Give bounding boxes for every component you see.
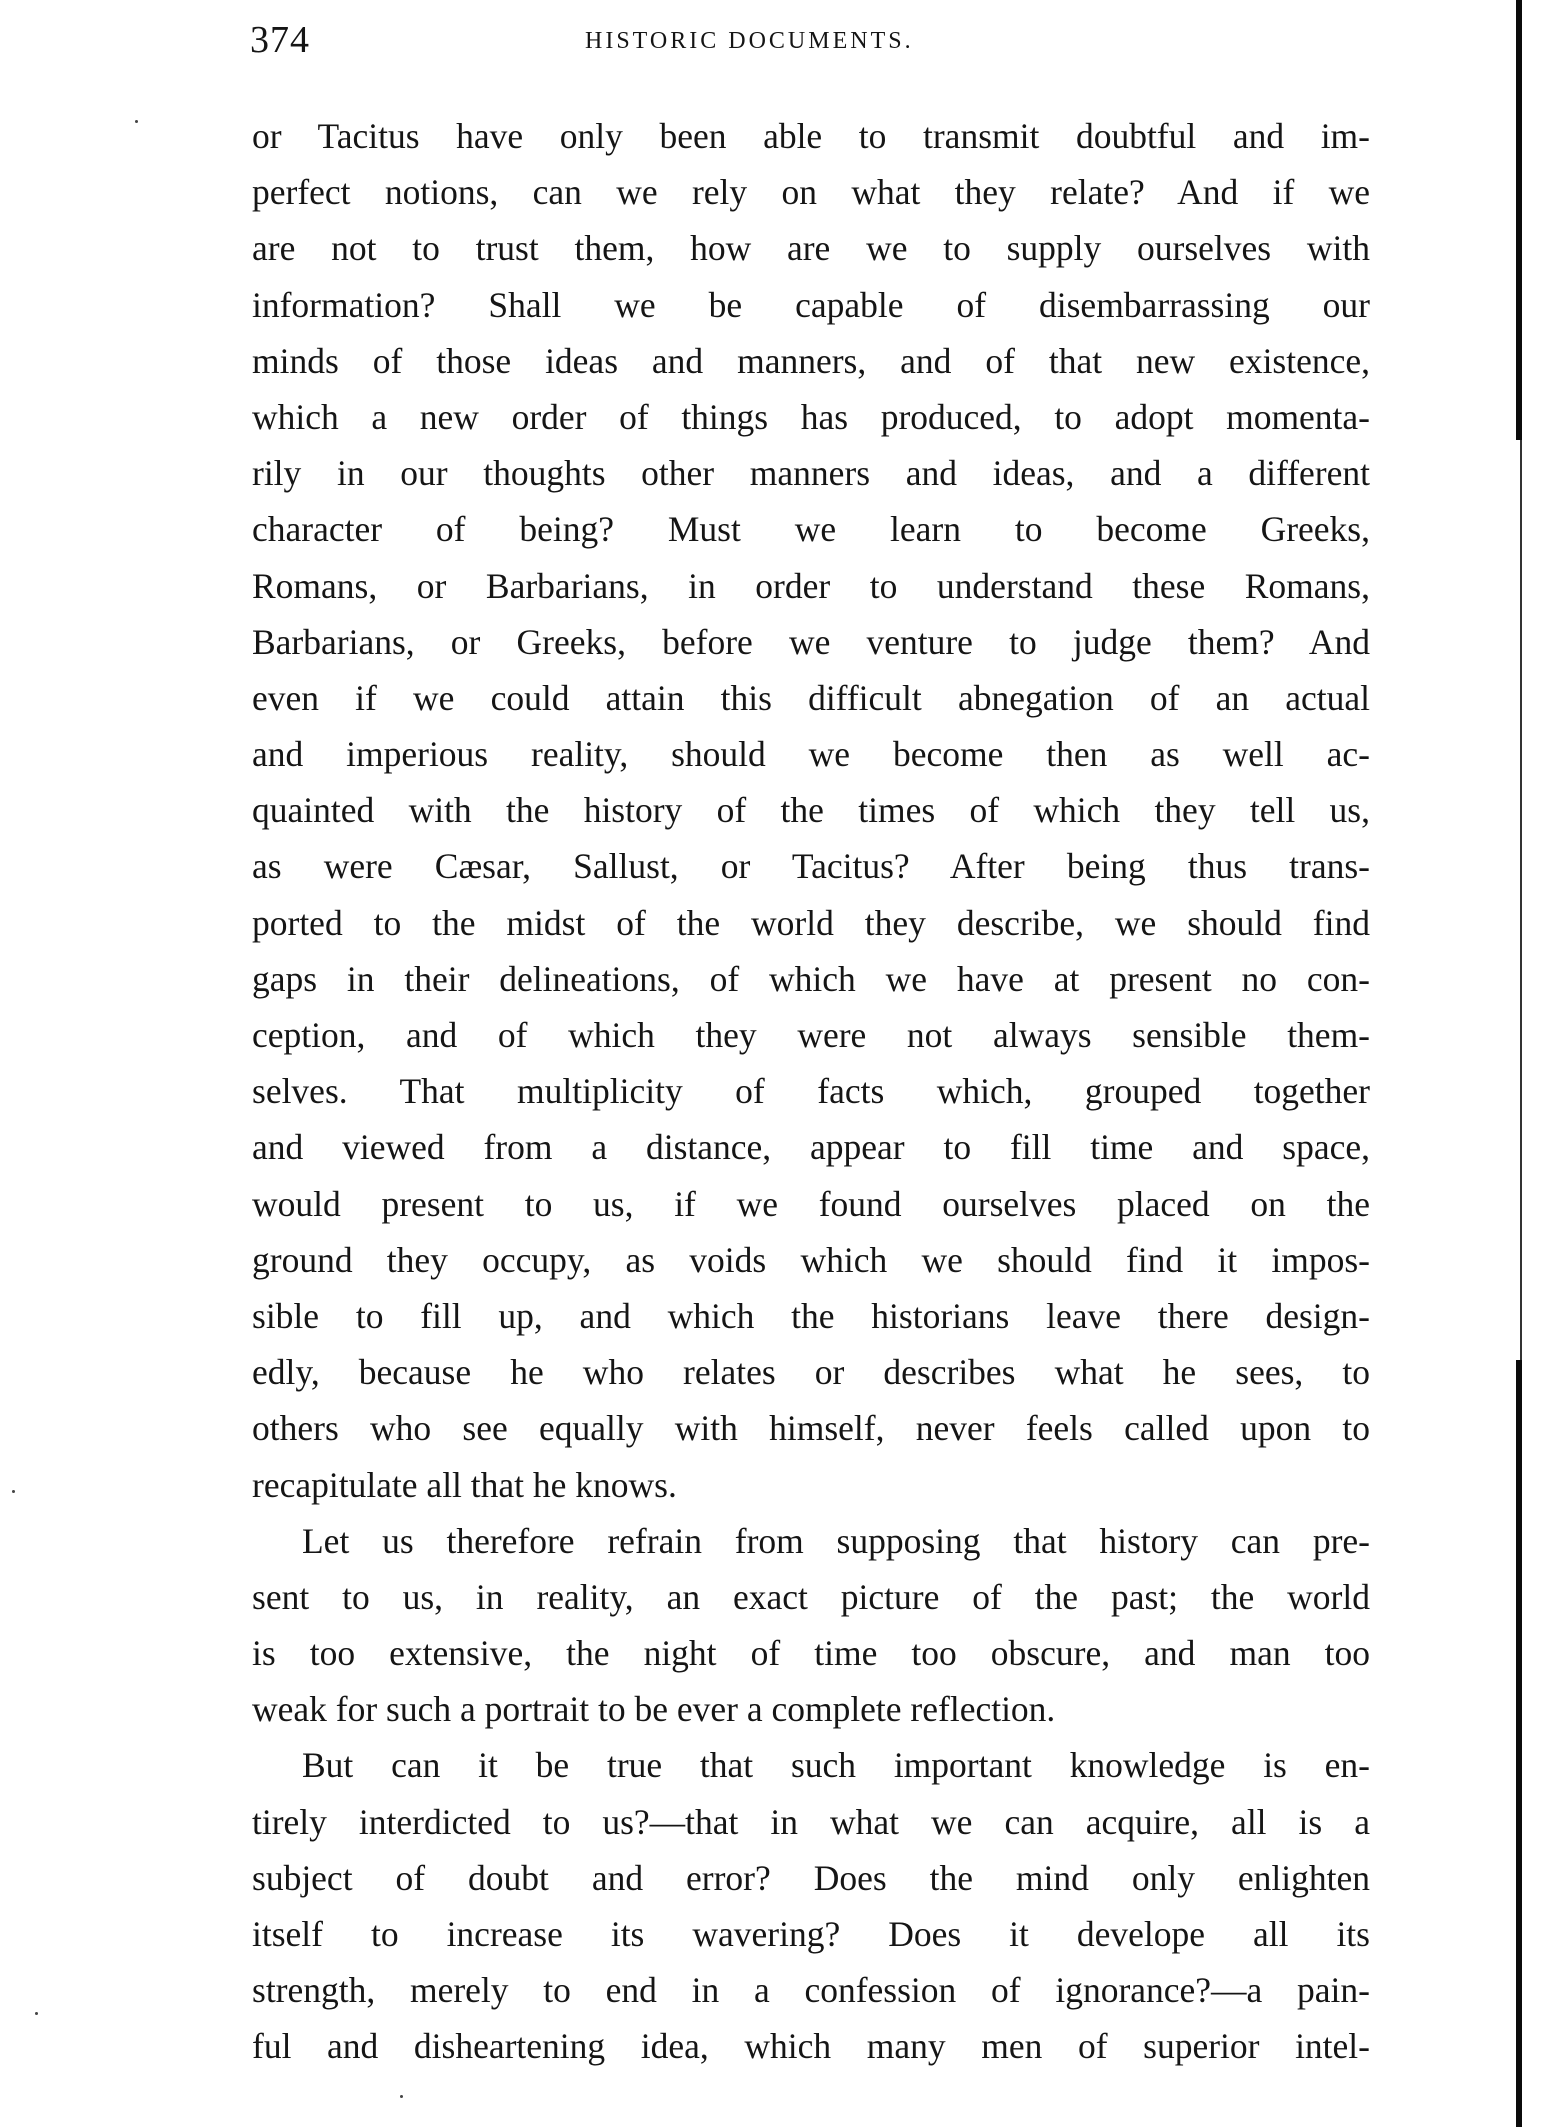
text-line: ception, and of which they were not alwa…	[252, 1007, 1370, 1063]
text-line: weak for such a portrait to be ever a co…	[252, 1681, 1370, 1737]
running-title: HISTORIC DOCUMENTS.	[585, 28, 914, 55]
text-line: others who see equally with himself, nev…	[252, 1400, 1370, 1456]
page-number: 374	[250, 18, 310, 62]
text-line: ported to the midst of the world they de…	[252, 895, 1370, 951]
scan-speck	[135, 120, 138, 123]
text-line: is too extensive, the night of time too …	[252, 1625, 1370, 1681]
text-line: as were Cæsar, Sallust, or Tacitus? Afte…	[252, 838, 1370, 894]
text-line: perfect notions, can we rely on what the…	[252, 164, 1370, 220]
text-line: or Tacitus have only been able to transm…	[252, 108, 1370, 164]
text-line: quainted with the history of the times o…	[252, 782, 1370, 838]
scan-speck	[400, 2095, 403, 2098]
paragraph: Let us therefore refrain from supposing …	[252, 1513, 1370, 1738]
text-line: gaps in their delineations, of which we …	[252, 951, 1370, 1007]
text-line: which a new order of things has produced…	[252, 389, 1370, 445]
body-text: or Tacitus have only been able to transm…	[252, 108, 1370, 2075]
text-line: recapitulate all that he knows.	[252, 1457, 1370, 1513]
text-line: strength, merely to end in a confession …	[252, 1962, 1370, 2018]
text-line: Romans, or Barbarians, in order to under…	[252, 558, 1370, 614]
text-line: even if we could attain this difficult a…	[252, 670, 1370, 726]
text-line: information? Shall we be capable of dise…	[252, 277, 1370, 333]
text-line: But can it be true that such important k…	[252, 1737, 1370, 1793]
text-line: would present to us, if we found ourselv…	[252, 1176, 1370, 1232]
paragraph: or Tacitus have only been able to transm…	[252, 108, 1370, 1513]
text-line: edly, because he who relates or describe…	[252, 1344, 1370, 1400]
text-line: ful and disheartening idea, which many m…	[252, 2018, 1370, 2074]
text-line: and imperious reality, should we become …	[252, 726, 1370, 782]
text-line: rily in our thoughts other manners and i…	[252, 445, 1370, 501]
text-line: and viewed from a distance, appear to fi…	[252, 1119, 1370, 1175]
text-line: character of being? Must we learn to bec…	[252, 501, 1370, 557]
text-line: Let us therefore refrain from supposing …	[252, 1513, 1370, 1569]
text-line: are not to trust them, how are we to sup…	[252, 220, 1370, 276]
text-line: Barbarians, or Greeks, before we venture…	[252, 614, 1370, 670]
page-edge-gap	[1514, 440, 1524, 1360]
text-line: sible to fill up, and which the historia…	[252, 1288, 1370, 1344]
paragraph: But can it be true that such important k…	[252, 1737, 1370, 2074]
scan-speck	[35, 2012, 38, 2015]
text-line: tirely interdicted to us?—that in what w…	[252, 1794, 1370, 1850]
page-header: 374 HISTORIC DOCUMENTS.	[250, 18, 1370, 68]
text-line: sent to us, in reality, an exact picture…	[252, 1569, 1370, 1625]
page-edge-thin-line	[1520, 440, 1522, 1360]
text-line: ground they occupy, as voids which we sh…	[252, 1232, 1370, 1288]
text-line: subject of doubt and error? Does the min…	[252, 1850, 1370, 1906]
scan-speck	[12, 1490, 15, 1493]
text-line: selves. That multiplicity of facts which…	[252, 1063, 1370, 1119]
text-line: itself to increase its wavering? Does it…	[252, 1906, 1370, 1962]
text-line: minds of those ideas and manners, and of…	[252, 333, 1370, 389]
